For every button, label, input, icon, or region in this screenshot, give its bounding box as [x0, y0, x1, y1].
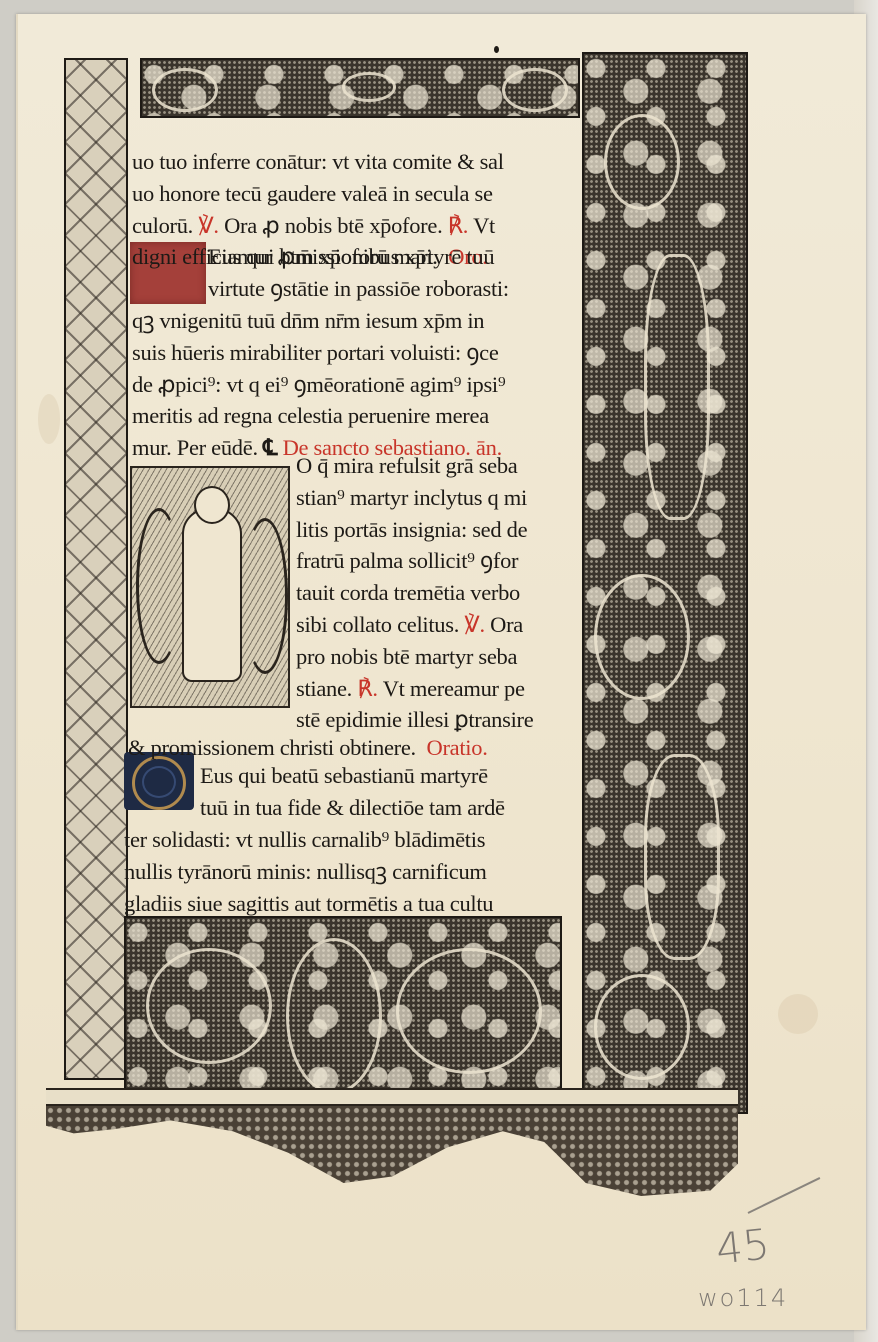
text-line: de ꝓpici⁹: vt q ei⁹ ꝯmēorationē agim⁹ ip…: [132, 369, 505, 401]
text-segment: sibi collato celitus.: [296, 612, 459, 637]
response-mark: ℟.: [357, 676, 377, 701]
text-segment: mur. Per eūdē.: [132, 435, 258, 460]
text-segment: Vt: [473, 213, 495, 238]
text-line: suis hūeris mirabiliter portari voluisti…: [132, 337, 505, 369]
text-line: qꝫ vnigenitū tuū dn̄m nr̄m iesum xp̄m in: [132, 305, 505, 337]
versicle-mark: ℣.: [198, 213, 218, 238]
top-border-woodcut: [140, 58, 580, 118]
bow-icon: [136, 508, 182, 664]
paper-stain: [778, 994, 818, 1034]
right-border-woodcut: [582, 52, 748, 1114]
text-line: fratrū palma sollicit⁹ ꝯfor: [296, 545, 533, 577]
text-line: litis portās insignia: sed de: [296, 514, 533, 546]
bow-icon: [242, 518, 288, 674]
text-line: ter solidasti: vt nullis carnalib⁹ blādi…: [124, 824, 493, 856]
text-segment: Ora: [490, 612, 523, 637]
left-border-woodcut: [64, 58, 128, 1080]
text-line: meritis ad regna celestia peruenire mere…: [132, 400, 505, 432]
ink-dot: [494, 46, 499, 53]
text-line: uo tuo inferre conātur: vt vita comite &…: [132, 146, 504, 178]
text-line: Eus qui btm̄ xp̄oforū martyrē tuū: [208, 241, 509, 273]
prayer-2-body: ter solidasti: vt nullis carnalib⁹ blādi…: [124, 824, 493, 919]
text-segment: & promissionem christi obtinere.: [128, 735, 416, 760]
saint-head: [194, 486, 230, 524]
paper-stain: [38, 394, 60, 444]
versicle-mark: ℣.: [464, 612, 484, 637]
text-line: sibi collato celitus. ℣. Ora: [296, 609, 533, 641]
prayer-1-body: qꝫ vnigenitū tuū dn̄m nr̄m iesum xp̄m in…: [132, 305, 505, 464]
text-line: Eus qui beatū sebastianū martyrē: [200, 760, 505, 792]
text-segment: stiane.: [296, 676, 352, 701]
text-segment: culorū.: [132, 213, 193, 238]
text-segment: Ora ꝓ nobis btē xp̄ofore.: [224, 213, 442, 238]
text-line: nullis tyrānorū minis: nullisqꝫ carnific…: [124, 856, 493, 888]
text-line: uo honore tecū gaudere valeā in secula s…: [132, 178, 504, 210]
rubric-oratio: Oratio.: [427, 735, 488, 760]
text-line: tauit corda tremētia verbo: [296, 577, 533, 609]
paragraph-mark-icon: ℄: [263, 435, 277, 460]
text-segment: Vt mereamur pe: [383, 676, 525, 701]
saint-figure: [182, 508, 242, 682]
pencil-note: wo114: [698, 1284, 788, 1312]
valance-bar: [46, 1088, 738, 1106]
text-line: pro nobis btē martyr seba: [296, 641, 533, 673]
response-mark: ℟.: [448, 213, 468, 238]
text-line: stian⁹ martyr inclytus q mi: [296, 482, 533, 514]
saint-sebastian-woodcut: [130, 466, 290, 708]
prayer-2-indented: Eus qui beatū sebastianū martyrē tuū in …: [200, 760, 505, 824]
text-line: gladiis siue sagittis aut tormētis a tua…: [124, 888, 493, 920]
pencil-folio-number: 45: [714, 1219, 772, 1273]
bottom-panel-woodcut: [124, 916, 562, 1112]
text-line: tuū in tua fide & dilectiōe tam ardē: [200, 792, 505, 824]
prayer-1-indented: Eus qui btm̄ xp̄oforū martyrē tuū virtut…: [208, 241, 509, 305]
text-line: virtute ꝯstātie in passiōe roborasti:: [208, 273, 509, 305]
antiphon-block: O q̄ mira refulsit grā seba stian⁹ marty…: [296, 450, 533, 736]
text-line: O q̄ mira refulsit grā seba: [296, 450, 533, 482]
text-line: stiane. ℟. Vt mereamur pe: [296, 673, 533, 705]
text-line: culorū. ℣. Ora ꝓ nobis btē xp̄ofore. ℟. …: [132, 210, 504, 242]
